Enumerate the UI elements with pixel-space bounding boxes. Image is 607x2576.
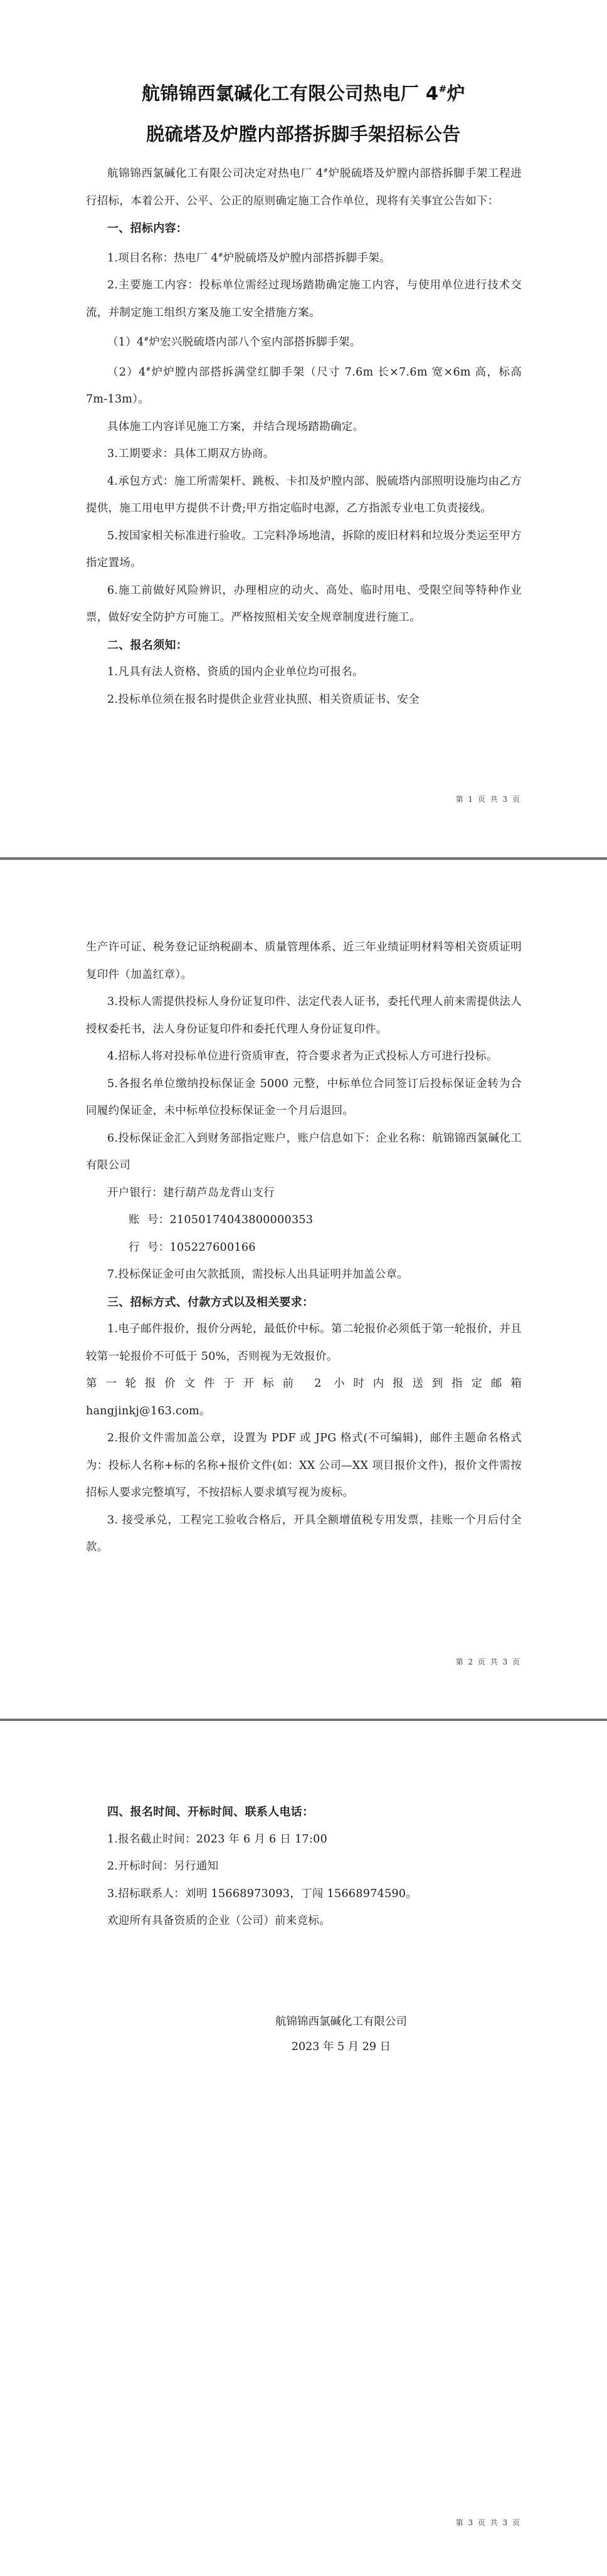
title-line-2: 脱硫塔及炉膛内部搭拆脚手架招标公告 (100, 114, 507, 155)
item-text: 炉宏兴脱硫塔内部八个室内部搭拆脚手架。 (149, 336, 361, 349)
signature-date: 2023 年 5 月 29 日 (0, 2034, 607, 2059)
section-1-item-4: 4.承包方式：施工所需架杆、跳板、卡扣及炉膛内部、脱硫塔内部照明设施均由乙方提供… (86, 468, 522, 523)
section-4-item-3: 3.招标联系人：刘明 15668973093，丁闯 15668974590。 (86, 1881, 522, 1908)
welcome-line: 欢迎所有具备资质的企业（公司）前来竞标。 (86, 1908, 522, 1935)
title-line-1-tail: 炉 (447, 83, 466, 104)
section-1-item-5: 5.按国家相关标准进行验收。工完料净场地清，拆除的废旧材料和垃圾分类运至甲方指定… (86, 523, 522, 577)
section-2-item-2-part-2: 生产许可证、税务登记证纳税副本、质量管理体系、近三年业绩证明材料等相关资质证明复… (86, 934, 522, 989)
bank-number-label: 行 (107, 1234, 147, 1262)
bank-line: 开户银行：建行葫芦岛龙背山支行 (86, 1180, 522, 1207)
title-line-1: 航锦锦西氯碱化工有限公司热电厂 4#炉 (100, 69, 507, 114)
section-1-sub-2: （2）4#炉炉膛内部搭拆满堂红脚手架（尺寸 7.6m 长×7.6m 宽×6m 高… (86, 357, 522, 414)
item-sup: # (218, 253, 223, 259)
page-footer-3: 第 3 页 共 3 页 (456, 2517, 521, 2528)
item-text: （1）4 (107, 336, 144, 349)
section-3-heading: 三、招标方式、付款方式以及相关要求： (86, 1289, 522, 1317)
section-2-heading: 二、报名须知： (86, 632, 522, 660)
document-title: 航锦锦西氯碱化工有限公司热电厂 4#炉 脱硫塔及炉膛内部搭拆脚手架招标公告 (100, 69, 507, 155)
section-1-detail: 具体施工内容详见施工方案，并结合现场踏勘确定。 (86, 414, 522, 441)
page-2: 生产许可证、税务登记证纳税副本、质量管理体系、近三年业绩证明材料等相关资质证明复… (0, 860, 607, 1718)
page-2-body: 生产许可证、税务登记证纳税副本、质量管理体系、近三年业绩证明材料等相关资质证明复… (86, 934, 522, 1562)
section-1-item-6: 6.施工前做好风险辨识，办理相应的动火、高处、临时用电、受限空间等特种作业票，做… (86, 577, 522, 632)
section-3-item-3: 3. 接受承兑，工程完工验收合格后，开具全额增值税专用发票，挂账一个月后付全款。 (86, 1507, 522, 1562)
section-2-item-2-part-1: 2.投标单位须在报名时提供企业营业执照、相关资质证书、安全 (86, 686, 522, 714)
page-footer-1: 第 1 页 共 3 页 (456, 794, 521, 804)
signature-company: 航锦锦西氯碱化工有限公司 (0, 2009, 607, 2034)
bank-label: 开户银行： (107, 1187, 163, 1199)
section-2-item-7: 7.投标保证金可由欠款抵顶，需投标人出具证明并加盖公章。 (86, 1261, 522, 1289)
section-1-item-3: 3.工期要求：具体工期双方协商。 (86, 441, 522, 468)
section-3-item-2: 2.报价文件需加盖公章，设置为 PDF 或 JPG 格式(不可编辑)，邮件主题命… (86, 1425, 522, 1507)
page-footer-2: 第 2 页 共 3 页 (456, 1656, 521, 1667)
section-2-item-6: 6.投标保证金汇入到财务部指定账户，账户信息如下：企业名称：航锦锦西氯碱化工有限… (86, 1125, 522, 1180)
account-value: 21050174043800000353 (170, 1214, 314, 1226)
section-4-item-2: 2.开标时间：另行通知 (86, 1853, 522, 1881)
section-2-item-5: 5.各报名单位缴纳投标保证金 5000 元整，中标单位合同签订后投标保证金转为合… (86, 1071, 522, 1125)
account-label: 账 (107, 1207, 147, 1234)
page-3-body: 四、报名时间、开标时间、联系人电话： 1.报名截止时间：2023 年 6 月 6… (86, 1799, 522, 1935)
account-line: 账号：21050174043800000353 (86, 1207, 522, 1234)
bank-value: 建行葫芦岛龙背山支行 (163, 1187, 275, 1199)
intro-text-a: 航锦锦西氯碱化工有限公司决定对热电厂 4 (107, 167, 323, 180)
section-1-item-1: 1.项目名称：热电厂 4#炉脱硫塔及炉膛内部搭拆脚手架。 (86, 243, 522, 273)
item-text: 炉炉膛内部搭拆满堂红脚手架（尺寸 7.6m 长×7.6m 宽×6m 高，标高 7… (86, 366, 522, 406)
section-4-heading: 四、报名时间、开标时间、联系人电话： (86, 1799, 522, 1826)
section-4-item-1: 1.报名截止时间：2023 年 6 月 6 日 17:00 (86, 1826, 522, 1854)
title-sup: # (439, 83, 447, 95)
section-2-item-1: 1.凡具有法人资格、资质的国内企业单位均可报名。 (86, 659, 522, 686)
account-label-suffix: 号： (147, 1214, 170, 1226)
item-text: （2）4 (107, 366, 146, 379)
signature-block: 航锦锦西氯碱化工有限公司 2023 年 5 月 29 日 (0, 2009, 607, 2059)
intro-paragraph: 航锦锦西氯碱化工有限公司决定对热电厂 4#炉脱硫塔及炉膛内部搭拆脚手架工程进行招… (86, 158, 522, 215)
title-line-1-text: 航锦锦西氯碱化工有限公司热电厂 4 (142, 83, 439, 104)
bank-number-value: 105227600166 (170, 1241, 256, 1254)
section-1-item-2: 2.主要施工内容：投标单位需经过现场踏勘确定施工内容，与使用单位进行技术交流，并… (86, 272, 522, 327)
section-3-item-1-email-line: 第一轮报价文件于开标前 2 小时内报送到指定邮箱 (86, 1370, 522, 1398)
section-2-item-4: 4.招标人将对投标单位进行资质审查，符合要求者为正式投标人方可进行投标。 (86, 1043, 522, 1071)
page-3: 四、报名时间、开标时间、联系人电话： 1.报名截止时间：2023 年 6 月 6… (0, 1721, 607, 2576)
bank-number-label-suffix: 号： (147, 1241, 170, 1254)
section-1-heading: 一、招标内容： (86, 215, 522, 243)
item-text: 炉脱硫塔及炉膛内部搭拆脚手架。 (223, 252, 391, 265)
section-3-item-1: 1.电子邮件报价，报价分两轮，最低价中标。第二轮报价必须低于第一轮报价，并且较第… (86, 1316, 522, 1370)
item-text: 1.项目名称：热电厂 4 (107, 252, 218, 265)
section-1-sub-1: （1）4#炉宏兴脱硫塔内部八个室内部搭拆脚手架。 (86, 327, 522, 357)
section-2-item-3: 3.投标人需提供投标人身份证复印件、法定代表人证书，委托代理人前来需提供法人授权… (86, 989, 522, 1043)
page-1-body: 航锦锦西氯碱化工有限公司决定对热电厂 4#炉脱硫塔及炉膛内部搭拆脚手架工程进行招… (86, 158, 522, 713)
bid-email[interactable]: hangjinkj@163.com。 (86, 1398, 522, 1426)
bank-number-line: 行号：105227600166 (86, 1234, 522, 1262)
page-1: 航锦锦西氯碱化工有限公司热电厂 4#炉 脱硫塔及炉膛内部搭拆脚手架招标公告 航锦… (0, 0, 607, 858)
